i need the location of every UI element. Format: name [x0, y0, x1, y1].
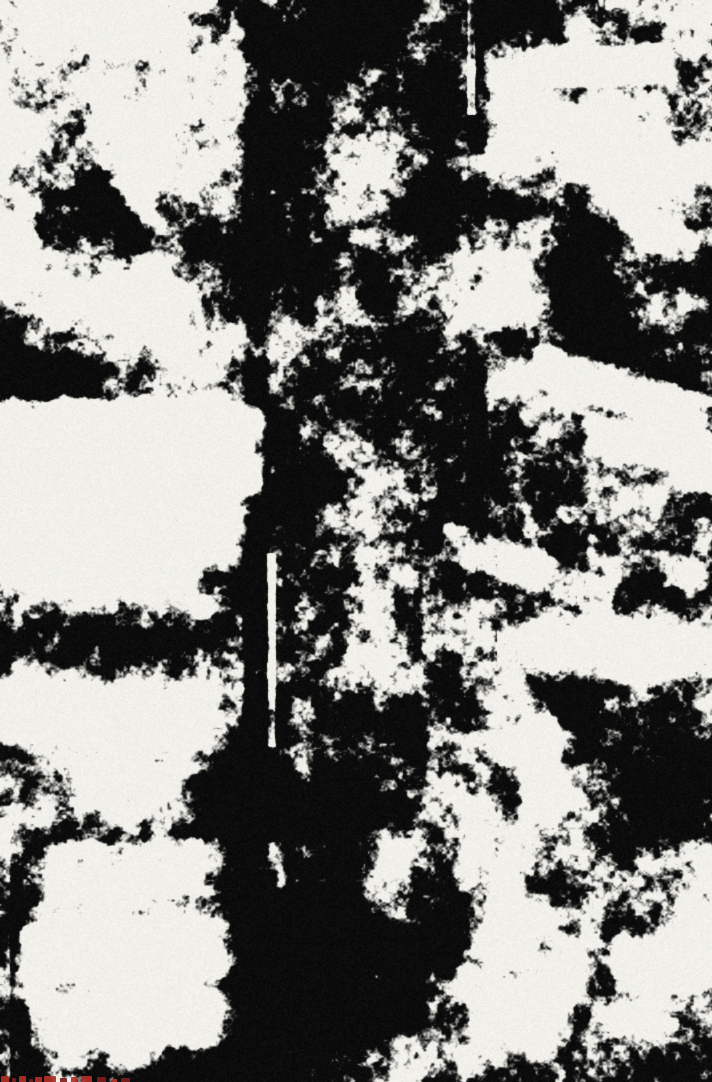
- stele-rubbing-image: [0, 0, 712, 1082]
- stele-rubbing-page: [0, 0, 712, 1082]
